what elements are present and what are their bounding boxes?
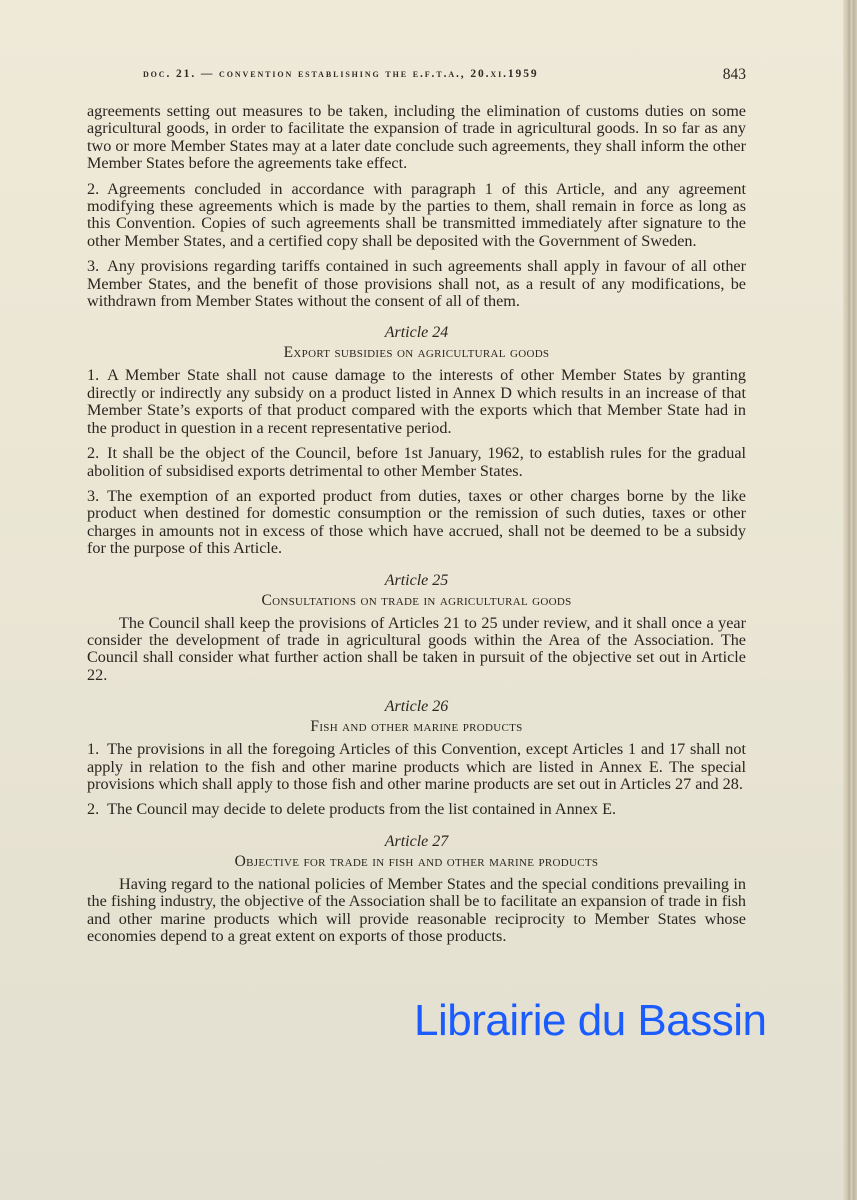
paragraph: 2.Agreements concluded in accordance wit… xyxy=(87,181,746,251)
paragraph: 2.The Council may decide to delete produ… xyxy=(87,801,746,818)
page-body: agreements setting out measures to be ta… xyxy=(87,103,746,953)
article-heading: Fish and other marine products xyxy=(87,718,746,736)
page-number: 843 xyxy=(723,66,746,84)
article-heading: Consultations on trade in agricultural g… xyxy=(87,592,746,610)
article-heading: Export subsidies on agricultural goods xyxy=(87,344,746,362)
paragraph: 1.The provisions in all the foregoing Ar… xyxy=(87,741,746,793)
running-head: DOC. 21. — CONVENTION ESTABLISHING THE E… xyxy=(143,66,748,86)
article-heading: Objective for trade in fish and other ma… xyxy=(87,853,746,871)
article-title: Article 25 xyxy=(87,572,746,590)
paragraph: Having regard to the national policies o… xyxy=(87,876,746,946)
paragraph: 3.The exemption of an exported product f… xyxy=(87,488,746,558)
paragraph: 1.A Member State shall not cause damage … xyxy=(87,367,746,437)
article-title: Article 26 xyxy=(87,698,746,716)
article-title: Article 27 xyxy=(87,833,746,851)
watermark: Librairie du Bassin xyxy=(414,996,766,1046)
paragraph: 2.It shall be the object of the Council,… xyxy=(87,445,746,480)
continuation-paragraph: agreements setting out measures to be ta… xyxy=(87,103,746,173)
paragraph: 3.Any provisions regarding tariffs conta… xyxy=(87,258,746,310)
article-title: Article 24 xyxy=(87,324,746,342)
paragraph: The Council shall keep the provisions of… xyxy=(87,615,746,685)
running-head-title: DOC. 21. — CONVENTION ESTABLISHING THE E… xyxy=(143,68,539,80)
page-edge xyxy=(843,0,857,1200)
